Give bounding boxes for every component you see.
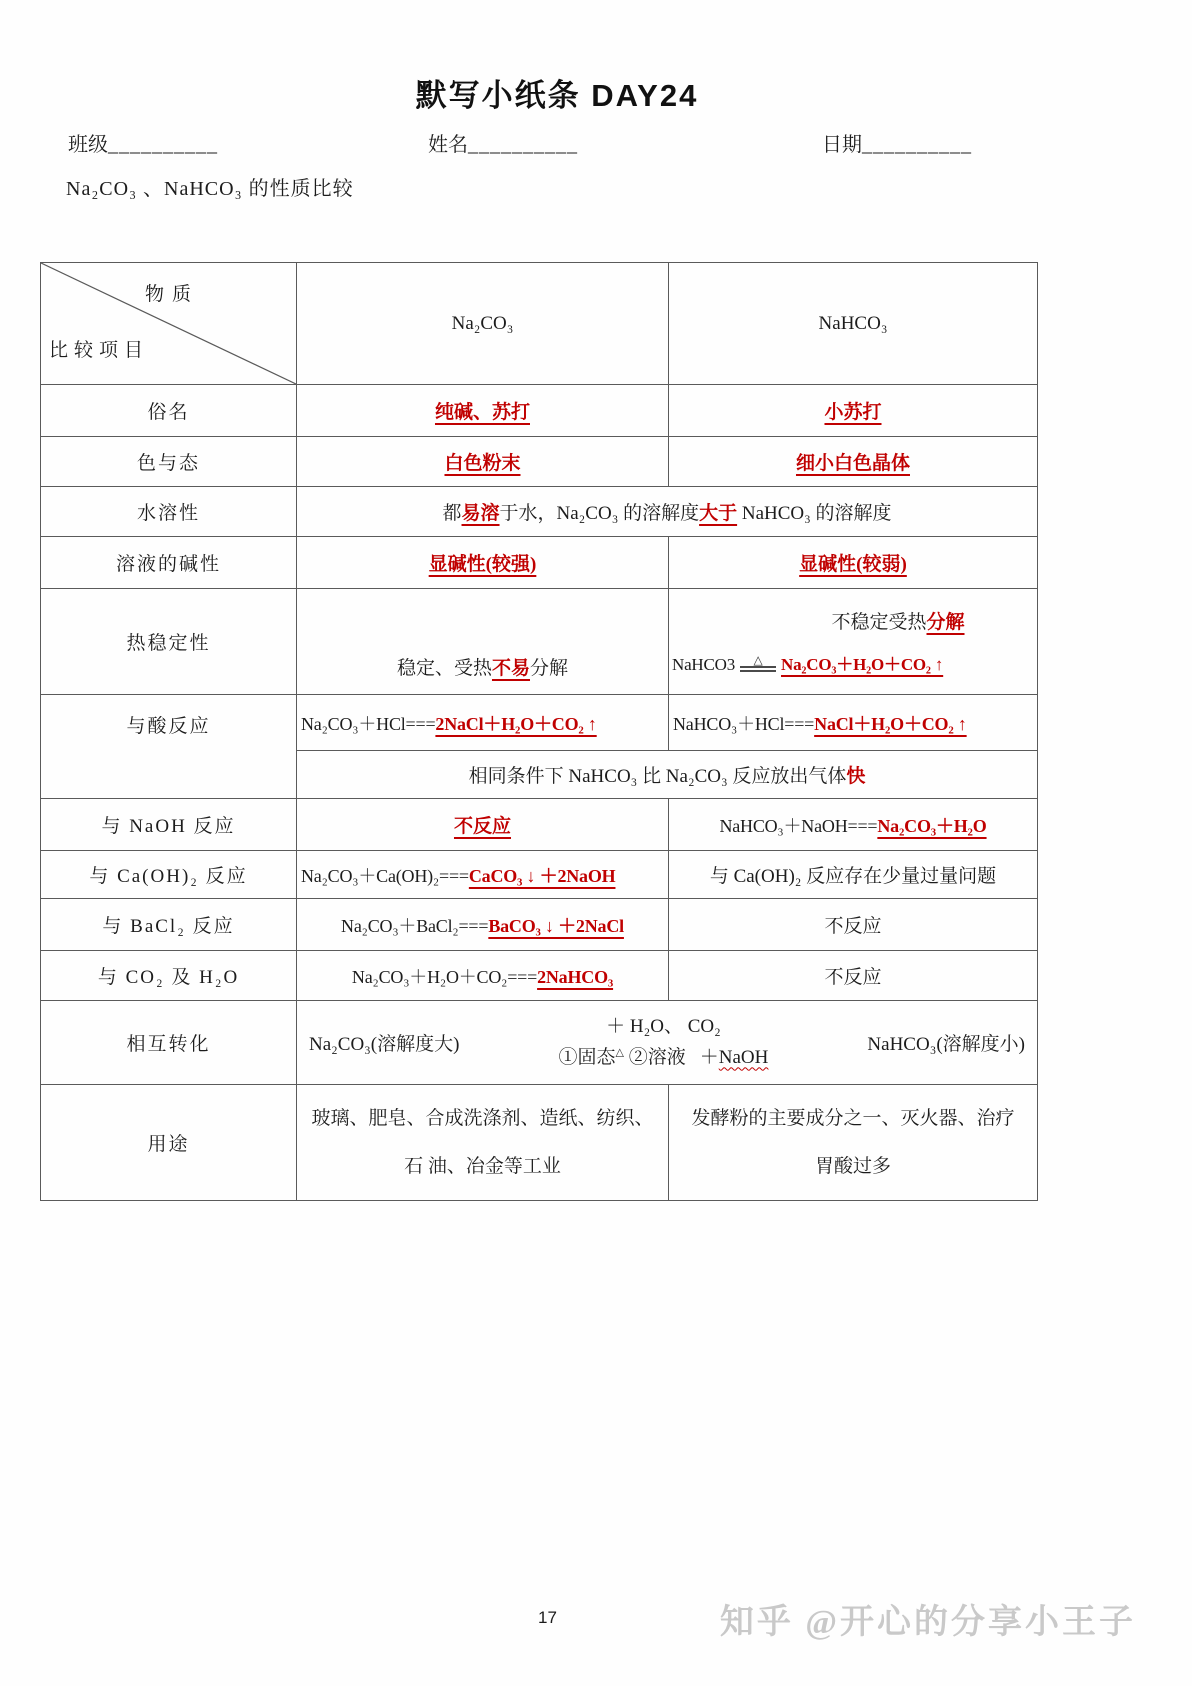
- thermal-eq-products: Na₂CO₃＋H₂O＋CO₂ ↑: [781, 655, 943, 674]
- conversion-conditions: ＋ H₂O、 CO₂ ①固态△ ②溶液＋NaOH: [559, 1012, 769, 1073]
- alias-na2co3-value: 纯碱、苏打: [435, 402, 530, 423]
- acid-label: 与酸反应: [41, 695, 297, 799]
- thermal-na2co3-cell: 稳定、受热不易分解: [297, 589, 669, 695]
- uses-label: 用途: [41, 1085, 297, 1201]
- alias-label: 俗名: [41, 385, 297, 437]
- conversion-condition-top: ＋ H₂O、 CO₂: [606, 1012, 721, 1042]
- acid-note-text: 相同条件下 NaHCO₃ 比 Na₂CO₃ 反应放出气体: [469, 766, 847, 787]
- acid-nahco3-equation: NaHCO₃＋HCl===NaCl＋H₂O＋CO₂ ↑: [669, 695, 1038, 751]
- conversion-condition-bottom: ①固态△ ②溶液＋NaOH: [559, 1043, 769, 1073]
- co2-h2o-nahco3-cell: 不反应: [669, 951, 1038, 1001]
- acid-nahco3-products: NaCl＋H₂O＋CO₂ ↑: [814, 714, 967, 734]
- acid-na2co3-equation: Na₂CO₃＋HCl===2NaCl＋H₂O＋CO₂ ↑: [297, 695, 669, 751]
- class-field: 班级__________: [68, 128, 218, 157]
- thermal-na2co3-text: 稳定、受热: [397, 658, 492, 679]
- alkalinity-row: 溶液的碱性 显碱性(较强) 显碱性(较弱): [41, 537, 1038, 589]
- double-line: [740, 666, 776, 672]
- page-number: 17: [538, 1608, 557, 1628]
- acid-na2co3-products: 2NaCl＋H₂O＋CO₂ ↑: [435, 714, 596, 734]
- solubility-answer-2: 大于: [699, 503, 737, 524]
- color-state-label: 色与态: [41, 437, 297, 487]
- header-fields: 班级__________ 姓名__________ 日期__________: [0, 128, 1192, 158]
- conversion-right-formula: NaHCO₃(溶解度小): [867, 1029, 1025, 1056]
- solubility-text: 都: [443, 503, 462, 524]
- thermal-decomposition-equation: NaHCO3△Na₂CO₃＋H₂O＋CO₂ ↑: [672, 650, 1034, 677]
- thermal-nahco3-cell: 不稳定受热分解 NaHCO3△Na₂CO₃＋H₂O＋CO₂ ↑: [669, 589, 1038, 695]
- naoh-nahco3-reactants: NaHCO₃＋NaOH===: [719, 816, 877, 836]
- name-label: 姓名: [428, 134, 468, 156]
- thermal-nahco3-answer: 分解: [927, 612, 965, 633]
- naoh-nahco3-products: Na₂CO₃＋H₂O: [877, 816, 986, 836]
- conversion-diagram: Na₂CO₃(溶解度大) ＋ H₂O、 CO₂ ①固态△ ②溶液＋NaOH Na…: [309, 1012, 1025, 1073]
- color-state-na2co3-cell: 白色粉末: [297, 437, 669, 487]
- column-header-nahco3: NaHCO₃: [669, 263, 1038, 385]
- conversion-cell: Na₂CO₃(溶解度大) ＋ H₂O、 CO₂ ①固态△ ②溶液＋NaOH Na…: [297, 1001, 1038, 1085]
- plus-sign: ＋: [700, 1047, 719, 1068]
- watermark: 知乎 @开心的分享小王子: [720, 1594, 1136, 1643]
- alias-nahco3-cell: 小苏打: [669, 385, 1038, 437]
- thermal-na2co3-text-2: 分解: [530, 658, 568, 679]
- alkalinity-nahco3-value: 显碱性(较弱): [799, 554, 907, 575]
- alkalinity-nahco3-cell: 显碱性(较弱): [669, 537, 1038, 589]
- corner-cell: 物质 比较项目: [41, 263, 297, 385]
- alkalinity-na2co3-cell: 显碱性(较强): [297, 537, 669, 589]
- color-state-nahco3-value: 细小白色晶体: [796, 453, 910, 474]
- uses-nahco3-cell: 发酵粉的主要成分之一、灭火器、治疗胃酸过多: [669, 1085, 1038, 1201]
- heating-condition-symbol: △: [740, 655, 776, 672]
- name-field: 姓名__________: [428, 128, 578, 157]
- alkalinity-na2co3-value: 显碱性(较强): [429, 554, 537, 575]
- alias-na2co3-cell: 纯碱、苏打: [297, 385, 669, 437]
- co2-h2o-na2co3-equation: Na₂CO₃＋H₂O＋CO₂===2NaHCO₃: [297, 951, 669, 1001]
- uses-row: 用途 玻璃、肥皂、合成洗涤剂、造纸、纺织、石 油、冶金等工业 发酵粉的主要成分之…: [41, 1085, 1038, 1201]
- caoh2-label: 与 Ca(OH)₂ 反应: [41, 851, 297, 899]
- naoh-reaction-row: 与 NaOH 反应 不反应 NaHCO₃＋NaOH===Na₂CO₃＋H₂O: [41, 799, 1038, 851]
- solubility-cell: 都易溶于水，Na₂CO₃ 的溶解度大于 NaHCO₃ 的溶解度: [297, 487, 1038, 537]
- header-row: 物质 比较项目 Na₂CO₃ NaHCO₃: [41, 263, 1038, 385]
- bacl2-na2co3-products: BaCO₃ ↓ ＋2NaCl: [488, 916, 624, 936]
- naoh-nahco3-equation: NaHCO₃＋NaOH===Na₂CO₃＋H₂O: [669, 799, 1038, 851]
- bacl2-na2co3-reactants: Na₂CO₃＋BaCl₂===: [341, 916, 488, 936]
- solubility-label: 水溶性: [41, 487, 297, 537]
- solubility-text-3: NaHCO₃ 的溶解度: [737, 503, 891, 524]
- bacl2-na2co3-equation: Na₂CO₃＋BaCl₂===BaCO₃ ↓ ＋2NaCl: [297, 899, 669, 951]
- conversion-solution-label: ②溶液: [629, 1047, 686, 1068]
- thermal-eq-reactant: NaHCO3: [672, 655, 735, 674]
- corner-item-label: 比较项目: [49, 335, 149, 362]
- conversion-solid-label: ①固态: [559, 1047, 616, 1068]
- naoh-na2co3-cell: 不反应: [297, 799, 669, 851]
- conversion-naoh: NaOH: [719, 1047, 769, 1068]
- worksheet-page: 默写小纸条 DAY24 班级__________ 姓名__________ 日期…: [0, 0, 1192, 1686]
- alkalinity-label: 溶液的碱性: [41, 537, 297, 589]
- page-title: 默写小纸条 DAY24: [0, 70, 1114, 115]
- co2-h2o-label: 与 CO₂ 及 H₂O: [41, 951, 297, 1001]
- thermal-nahco3-text: 不稳定受热: [831, 612, 926, 633]
- caoh2-nahco3-cell: 与 Ca(OH)₂ 反应存在少量过量问题: [669, 851, 1038, 899]
- bacl2-nahco3-cell: 不反应: [669, 899, 1038, 951]
- caoh2-na2co3-products: CaCO₃ ↓ ＋2NaOH: [469, 866, 616, 886]
- solubility-answer-1: 易溶: [462, 503, 500, 524]
- uses-na2co3-cell: 玻璃、肥皂、合成洗涤剂、造纸、纺织、石 油、冶金等工业: [297, 1085, 669, 1201]
- delta-symbol: △: [616, 1046, 624, 1058]
- solubility-text-2: 于水，Na₂CO₃ 的溶解度: [500, 503, 700, 524]
- caoh2-na2co3-equation: Na₂CO₃＋Ca(OH)₂===CaCO₃ ↓ ＋2NaOH: [297, 851, 669, 899]
- thermal-na2co3-answer: 不易: [492, 658, 530, 679]
- comparison-table: 物质 比较项目 Na₂CO₃ NaHCO₃ 俗名 纯碱、苏打 小苏打 色与态 白…: [40, 262, 1038, 1201]
- caoh2-na2co3-reactants: Na₂CO₃＋Ca(OH)₂===: [301, 866, 469, 886]
- acid-reaction-row: 与酸反应 Na₂CO₃＋HCl===2NaCl＋H₂O＋CO₂ ↑ NaHCO₃…: [41, 695, 1038, 751]
- color-state-row: 色与态 白色粉末 细小白色晶体: [41, 437, 1038, 487]
- acid-nahco3-reactants: NaHCO₃＋HCl===: [673, 714, 814, 734]
- date-field: 日期__________: [822, 128, 972, 157]
- class-label: 班级: [68, 134, 108, 156]
- naoh-na2co3-value: 不反应: [454, 816, 511, 837]
- class-blank: __________: [108, 134, 218, 156]
- conversion-label: 相互转化: [41, 1001, 297, 1085]
- name-blank: __________: [468, 134, 578, 156]
- column-header-na2co3: Na₂CO₃: [297, 263, 669, 385]
- color-state-nahco3-cell: 细小白色晶体: [669, 437, 1038, 487]
- co2-h2o-na2co3-products: 2NaHCO₃: [537, 967, 613, 987]
- alias-nahco3-value: 小苏打: [824, 402, 881, 423]
- solubility-row: 水溶性 都易溶于水，Na₂CO₃ 的溶解度大于 NaHCO₃ 的溶解度: [41, 487, 1038, 537]
- acid-na2co3-reactants: Na₂CO₃＋HCl===: [301, 714, 435, 734]
- bacl2-reaction-row: 与 BaCl₂ 反应 Na₂CO₃＋BaCl₂===BaCO₃ ↓ ＋2NaCl…: [41, 899, 1038, 951]
- alias-row: 俗名 纯碱、苏打 小苏打: [41, 385, 1038, 437]
- acid-note-cell: 相同条件下 NaHCO₃ 比 Na₂CO₃ 反应放出气体快: [297, 751, 1038, 799]
- conversion-left-formula: Na₂CO₃(溶解度大): [309, 1029, 459, 1056]
- corner-substance-label: 物质: [145, 279, 199, 306]
- thermal-label: 热稳定性: [41, 589, 297, 695]
- co2-h2o-na2co3-reactants: Na₂CO₃＋H₂O＋CO₂===: [352, 967, 537, 987]
- comparison-subtitle: Na₂CO₃ 、NaHCO₃ 的性质比较: [66, 172, 354, 201]
- co2-h2o-reaction-row: 与 CO₂ 及 H₂O Na₂CO₃＋H₂O＋CO₂===2NaHCO₃ 不反应: [41, 951, 1038, 1001]
- bacl2-label: 与 BaCl₂ 反应: [41, 899, 297, 951]
- thermal-nahco3-statement: 不稳定受热分解: [762, 607, 1034, 634]
- thermal-stability-row: 热稳定性 稳定、受热不易分解 不稳定受热分解 NaHCO3△Na₂CO₃＋H₂O…: [41, 589, 1038, 695]
- color-state-na2co3-value: 白色粉末: [444, 453, 520, 474]
- acid-note-answer: 快: [846, 766, 865, 787]
- naoh-label: 与 NaOH 反应: [41, 799, 297, 851]
- conversion-row: 相互转化 Na₂CO₃(溶解度大) ＋ H₂O、 CO₂ ①固态△ ②溶液＋Na…: [41, 1001, 1038, 1085]
- date-label: 日期: [822, 134, 862, 156]
- date-blank: __________: [862, 134, 972, 156]
- caoh2-reaction-row: 与 Ca(OH)₂ 反应 Na₂CO₃＋Ca(OH)₂===CaCO₃ ↓ ＋2…: [41, 851, 1038, 899]
